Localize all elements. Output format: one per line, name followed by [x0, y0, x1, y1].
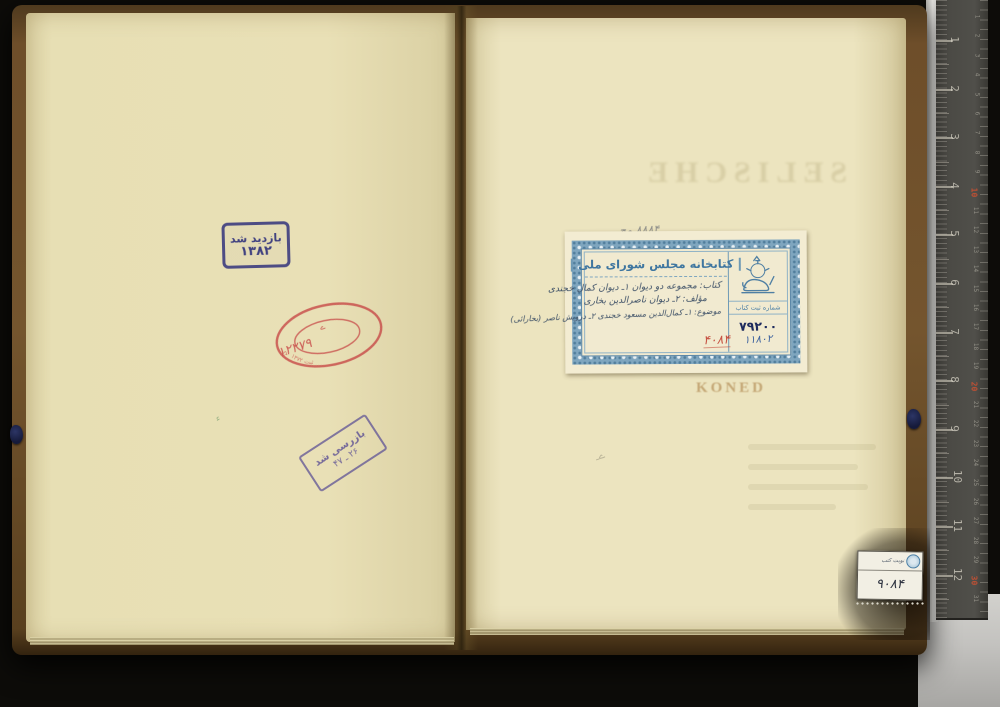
- ruler-right-number: 9: [974, 170, 981, 174]
- ruler-half-tick: [936, 210, 949, 211]
- photographed-open-book: بازدید شد ۱۳۸۲ کتابخانه مجلس شورای اسلام…: [0, 0, 1000, 707]
- library-name: کتابخانه مجلس شورای ملی: [578, 257, 733, 272]
- ruler-right-number: 5: [974, 92, 981, 96]
- ruler-unit-number: 10: [951, 470, 964, 483]
- binding-clasp-right: [907, 409, 921, 429]
- ruler-right-number-red: 30: [970, 575, 979, 585]
- ruler-unit-number: 12: [951, 567, 964, 580]
- ruler-right-number: 29: [972, 556, 979, 563]
- ruler-right-number: 15: [972, 284, 979, 291]
- label-perforation: [855, 601, 925, 606]
- ruler-unit-number: 4: [948, 182, 961, 189]
- ruler-right-number: 31: [972, 595, 979, 602]
- ruler-half-tick: [936, 307, 949, 308]
- ruler-right-number: 8: [974, 150, 981, 154]
- ruler-unit-number: 6: [948, 279, 961, 286]
- ruler-right-number: 2: [974, 34, 981, 38]
- ruler-right-number: 21: [972, 401, 979, 408]
- visited-stamp: بازدید شد ۱۳۸۲: [221, 221, 290, 269]
- ruler-right-number: 12: [972, 226, 979, 233]
- ruler-right-number: 22: [972, 420, 979, 427]
- ruler-fine-ticks-right: [980, 0, 988, 618]
- ruler-right-number: 18: [972, 343, 979, 350]
- binding-clasp-left: [10, 425, 23, 444]
- ruler-half-tick: [936, 113, 949, 114]
- ruler-right-number: 11: [972, 207, 979, 214]
- ruler-right-number: 4: [974, 73, 981, 77]
- archive-label-number: ۹۰۸۴: [858, 570, 922, 598]
- ruler-right-number: 25: [972, 478, 979, 485]
- register-number-stamped: ۷۹۲۰۰: [739, 319, 777, 334]
- ruler-half-tick: [936, 64, 949, 65]
- ruler: 1234567891011121234567891011121314151617…: [936, 0, 988, 620]
- lion-and-sun-emblem-icon: [736, 255, 780, 301]
- ruler-right-number: 6: [974, 112, 981, 116]
- ruler-right-number: 28: [972, 537, 979, 544]
- book-gutter-shadow: [444, 6, 478, 650]
- ruler-unit-number: 7: [948, 328, 961, 335]
- ruler-half-tick: [936, 502, 949, 503]
- left-endpaper-page: [26, 13, 455, 642]
- cover-show-through-lines: [748, 444, 880, 524]
- ruler-right-number: 23: [972, 440, 979, 447]
- oval-stamp-flourish: ے: [319, 322, 328, 333]
- ruler-unit-number: 1: [948, 36, 961, 43]
- bookplate-register-column: شماره ثبت کتاب ۷۹۲۰۰ ۱۱۸۰۲: [728, 251, 788, 351]
- bookplate-header: کتابخانه مجلس شورای ملی: [585, 252, 727, 278]
- ruler-right-number: 16: [972, 304, 979, 311]
- ruler-half-tick: [936, 405, 949, 406]
- cover-show-through-text-top: SELISCHE: [588, 156, 900, 202]
- page-stack-edge-left: [30, 637, 454, 645]
- ruler-unit-number: 8: [948, 376, 961, 383]
- ruler-right-number-red: 20: [970, 381, 979, 391]
- ruler-half-tick: [936, 162, 949, 163]
- ruler-right-number: 26: [972, 498, 979, 505]
- bookplate-inner-panel: شماره ثبت کتاب ۷۹۲۰۰ ۱۱۸۰۲ کتابخانه مجلس…: [581, 247, 792, 356]
- ruler-unit-number: 3: [948, 133, 961, 140]
- archive-label-note: نوبت کتب: [881, 558, 904, 564]
- red-shelf-number: ۴۰۸۴: [703, 331, 730, 348]
- register-number-handwritten: ۱۱۸۰۲: [744, 333, 773, 347]
- ruler-half-tick: [936, 356, 949, 357]
- ruler-right-number: 13: [972, 246, 979, 253]
- ruler-unit-number: 5: [948, 231, 961, 238]
- bookplate-handwritten-entries: کتاب: مجموعه دو دیوان ۱ـ دیوان کمال خجند…: [585, 277, 727, 321]
- ruler-half-tick: [936, 550, 949, 551]
- ruler-unit-number: 2: [948, 85, 961, 92]
- ruler-unit-number: 9: [948, 425, 961, 432]
- ruler-half-tick: [936, 599, 949, 600]
- register-number-label: شماره ثبت کتاب: [729, 300, 787, 314]
- bookplate-ornamental-frame: شماره ثبت کتاب ۷۹۲۰۰ ۱۱۸۰۲ کتابخانه مجلس…: [572, 239, 801, 364]
- ruler-right-number: 14: [972, 265, 979, 272]
- ruler-unit-number: 11: [951, 519, 964, 532]
- ruler-right-number-red: 10: [970, 187, 979, 197]
- ruler-right-number: 19: [972, 362, 979, 369]
- round-seal-icon: [906, 554, 920, 568]
- archive-label: نوبت کتب ۹۰۸۴: [857, 550, 924, 600]
- ruler-right-number: 17: [972, 323, 979, 330]
- ruler-right-number: 1: [974, 15, 981, 19]
- cover-show-through-text-mid: KONED: [696, 380, 766, 397]
- ruler-right-number: 24: [972, 459, 979, 466]
- visited-stamp-year: ۱۳۸۲: [240, 244, 272, 259]
- library-bookplate: شماره ثبت کتاب ۷۹۲۰۰ ۱۱۸۰۲ کتابخانه مجلس…: [565, 230, 808, 373]
- ruler-right-number: 7: [974, 131, 981, 135]
- bookplate-main-column: کتابخانه مجلس شورای ملی کتاب: مجموعه دو …: [585, 252, 728, 353]
- ruler-half-tick: [936, 453, 949, 454]
- ruler-right-number: 27: [972, 517, 979, 524]
- ruler-half-tick: [936, 259, 949, 260]
- ruler-right-number: 3: [974, 53, 981, 57]
